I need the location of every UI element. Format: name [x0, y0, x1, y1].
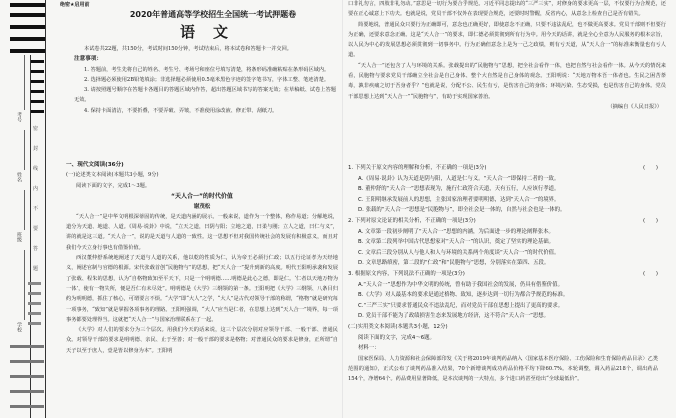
field-label-exam-number: 考号: [16, 112, 23, 122]
binding-bar: [31, 100, 44, 103]
binding-bar: [10, 3, 45, 7]
binding-bar: [28, 282, 41, 285]
binding-bar: [31, 110, 44, 113]
subsection-heading: (一)论述类文本阅读(本题共3小题，9分): [66, 170, 338, 180]
option-b[interactable]: B.《大学》对人最基本的要求是通过格物、致知，逐步达到一切行为都合乎规范的标准。: [348, 290, 658, 301]
binding-bar: [10, 49, 45, 53]
material-paragraph: 国家医保局、人力资源和社会保障部印发《关于将2019年谈判药品纳入〈国家基本医疗…: [348, 354, 658, 385]
reading-instruction: 阅读下面的文字，完成1～3题。: [66, 181, 338, 191]
binding-bar: [10, 25, 45, 29]
question-1: 1. 下列关于原文内容的理解和分析，不正确的一项是(3分)( ) A.《周易·说…: [348, 163, 658, 216]
article-paragraph: 简要地说，普通民众只要行为正确即可，意念也正确更好，即使意念不正确，只要不违法乱…: [348, 20, 666, 61]
binding-bar: [28, 302, 41, 305]
article-author: 谢茂松: [66, 202, 338, 212]
question-stem: 1. 下列关于原文内容的理解和分析，不正确的一项是(3分): [348, 163, 486, 174]
article-paragraph: 《大学》对人们的要求分为三个层次。用我们今天的话来说，这三个层次分别对应领导干部…: [66, 325, 338, 356]
binding-line-inner: [30, 55, 31, 418]
field-label-name: 姓名: [16, 172, 23, 182]
binding-bar: [31, 80, 44, 83]
seal-char: 不: [33, 205, 38, 212]
binding-bar: [31, 60, 44, 63]
material-label: 材料一：: [348, 343, 658, 354]
option-b[interactable]: B. 文章第二段列举中国古代思想家对“天人合一”的认识，奠定了坚实的理论基础。: [348, 237, 658, 248]
article-title: “天人合一”的时代价值: [66, 191, 338, 202]
question-3: 3. 根据原文内容，下列说法不正确的一项是(3分)( ) A.“天人合一”思想作…: [348, 269, 658, 322]
option-a[interactable]: A. 文章第一段初步阐明了“天人合一”思想的内涵，为后面进一步的理论阐释张本。: [348, 227, 658, 238]
binding-bar: [10, 405, 44, 408]
article-paragraph: 口非礼勿言，四肢非礼勿动。”意思是一切行为要合乎规范。习近平同志提出的“三严三实…: [348, 0, 666, 20]
option-d[interactable]: D. 党员干部不能为了政绩损害生态来发展地方经济，这不符合“天人合一”思想。: [348, 311, 658, 322]
binding-line: [45, 0, 46, 418]
seal-char: 密: [33, 125, 38, 132]
section-two-heading: (二)实用类文本阅读(本题共3小题，12分): [348, 322, 658, 333]
exam-statement: 本试卷共22题，共150分，考试时间150分钟，考试结束后，将本试卷和答题卡一并…: [74, 44, 336, 54]
exam-title: 2020年普通高等学校招生全国统一考试押题卷: [88, 9, 338, 20]
binding-bar: [28, 312, 41, 315]
article-paragraph: 西汉董仲舒系统地阐述了天道与人道的关系，他以乾的性质为仁，认为帝王必须行仁政；以…: [66, 253, 338, 325]
option-d[interactable]: D. 张载的“天人合一”思想是“民胞物与”，即全社会是一体的，自然与社会也是一体…: [348, 205, 658, 216]
answer-bracket[interactable]: ( ): [643, 269, 658, 280]
question-stem: 3. 根据原文内容，下列说法不正确的一项是(3分): [348, 269, 465, 280]
seal-char: 题: [33, 265, 38, 272]
field-line: [24, 130, 25, 170]
binding-bar: [10, 375, 44, 378]
binding-bar: [10, 345, 44, 348]
notice-item: 1. 答题前，考生先将自己的姓名、考生号、考场号和座位号填写清楚，将条形码准确粘…: [74, 65, 336, 75]
column-divider: [342, 0, 343, 418]
binding-bar: [28, 322, 41, 325]
subject-title: 语文: [88, 21, 338, 42]
binding-bar: [28, 292, 41, 295]
question-stem: 2. 下列对原文论证的相关分析，不正确的一项是(3分): [348, 216, 476, 227]
seal-char: 封: [33, 145, 38, 152]
field-label-school: 学校: [16, 322, 23, 332]
article-source: （摘编自《人民日报》）: [348, 102, 666, 112]
option-c[interactable]: C. 王阳明继承发展前人的思想，主张国家治理者要明明德，达到“天人合一”的境界。: [348, 195, 658, 206]
option-c[interactable]: C. 文章后三段分别从人与他人和人与环境的关系两个角度谈“天人合一”的时代价值。: [348, 248, 658, 259]
binding-margin: 考号 姓名 班级 学校 密 封 线 内 不 要 答 题: [0, 0, 58, 418]
intro-block: 本试卷共22题，共150分，考试时间150分钟，考试结束后，将本试卷和答题卡一并…: [74, 44, 336, 116]
question-2: 2. 下列对原文论证的相关分析，不正确的一项是(3分)( ) A. 文章第一段初…: [348, 216, 658, 269]
option-a[interactable]: A.“天人合一”思想作为中华文明的传统，曾有助于我国社会的发展，仍具有借鉴价值。: [348, 280, 658, 291]
binding-bar: [10, 390, 44, 393]
option-a[interactable]: A.《周易·说卦》认为天道是阴与阳，人道是仁与义。“天人合一”即保持二者的一致。: [348, 174, 658, 185]
seal-char: 线: [33, 165, 38, 172]
option-c[interactable]: C.“三严三实”只要求普通民众不违法乱纪，而对党员干部在思想上提出了更高的要求。: [348, 301, 658, 312]
article-continuation: 口非礼勿言，四肢非礼勿动。”意思是一切行为要合乎规范。习近平同志提出的“三严三实…: [348, 0, 666, 112]
notice-item: 4. 保持卡面清洁，不要折叠，不要弄破、弄皱，不准使用涂改液、修正带、刮纸刀。: [74, 106, 336, 116]
field-line: [24, 55, 25, 110]
answer-bracket[interactable]: ( ): [643, 216, 658, 227]
reading-instruction: 阅读下面的文字，完成4～6题。: [348, 333, 658, 344]
binding-bar: [31, 90, 44, 93]
field-label-class: 班级: [16, 232, 23, 242]
seal-char: 答: [33, 245, 38, 252]
notice-heading: 注意事项：: [74, 54, 336, 64]
field-line: [24, 250, 25, 320]
binding-bar: [10, 360, 44, 363]
binding-bar: [10, 37, 45, 41]
option-d[interactable]: D. 文章思路缜密，第二段的“仁政”和“民胞物与”思想，分别落实在第四、五段。: [348, 258, 658, 269]
binding-bar: [10, 13, 45, 17]
secret-label: 绝密★启用前: [60, 1, 89, 8]
seal-char: 内: [33, 185, 38, 192]
questions-block: 1. 下列关于原文内容的理解和分析，不正确的一项是(3分)( ) A.《周易·说…: [348, 163, 658, 385]
option-b[interactable]: B. 董仲舒的“天人合一”思想表现为，施行仁政符合天道，天有五行，人应该行孝道。: [348, 184, 658, 195]
answer-bracket[interactable]: ( ): [643, 163, 658, 174]
field-line: [24, 190, 25, 230]
notice-item: 3. 请按照题号顺序在答题卡各题目的答题区域内作答，超出答题区域书写的答案无效；…: [74, 85, 336, 106]
section-heading: 一、现代文阅读(36分): [66, 160, 338, 170]
article-paragraph: “天人合一”是中华文明根深蒂固的传统，是天道内涵的展示。一般来说，道作为一个整体…: [66, 212, 338, 253]
notice-item: 2. 选择题必须使用2B铅笔填涂；非选择题必须使用0.5毫米黑色字迹的签字笔书写…: [74, 75, 336, 85]
section-one: 一、现代文阅读(36分) (一)论述类文本阅读(本题共3小题，9分) 阅读下面的…: [66, 160, 338, 356]
article-paragraph: “天人合一”还包含了人与环境的关系。张载提出的“民胞物与”思想，把全社会看作一体…: [348, 61, 666, 102]
binding-bar: [31, 70, 44, 73]
seal-char: 要: [33, 225, 38, 232]
